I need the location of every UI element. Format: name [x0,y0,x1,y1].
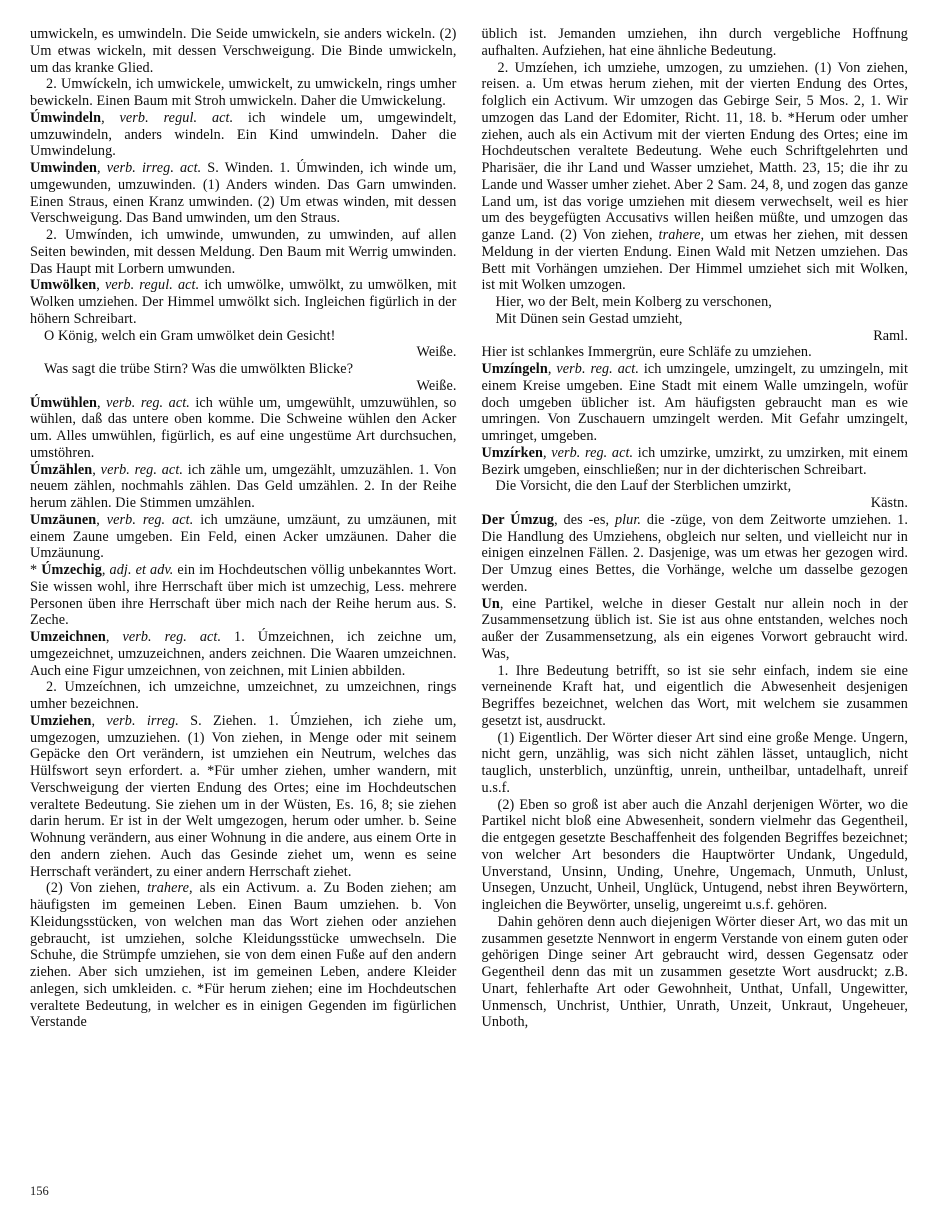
body-text: Weiße. [416,378,456,394]
text-columns: umwickeln, es umwindeln. Die Seide umwic… [30,26,908,1031]
headword: Umziehen [30,713,91,729]
body-text: * [30,562,41,578]
headword: Der Úmzug [482,512,555,528]
body-text: Kästn. [871,495,908,511]
dictionary-page: umwickeln, es umwindeln. Die Seide umwic… [30,26,908,1031]
verse-attribution: Raml. [482,328,909,345]
body-text: (2) Von ziehen, [46,880,147,896]
grammar-label: verb. reg. act. [122,629,221,645]
paragraph: umwickeln, es umwindeln. Die Seide umwic… [30,26,457,76]
paragraph: üblich ist. Jemanden umziehen, ihn durch… [482,26,909,60]
body-text: , eine Partikel, welche in dieser Gestal… [482,596,909,662]
body-text: 2. Umwínden, ich umwinde, umwunden, zu u… [30,227,457,277]
headword: Un [482,596,500,612]
body-text: , [106,629,123,645]
body-text: Dahin gehören denn auch diejenigen Wörte… [482,914,909,1031]
body-text: (1) Eigentlich. Der Wörter dieser Art si… [482,730,909,796]
body-text: 2. Umwíckeln, ich umwickele, umwickelt, … [30,76,457,109]
grammar-label: trahere, [147,880,193,896]
body-text: , [97,395,106,411]
body-text: , [543,445,551,461]
paragraph: 2. Umwíckeln, ich umwickele, umwickelt, … [30,76,457,110]
verse-line: Mit Dünen sein Gestad umzieht, [482,311,909,328]
headword: Umzäunen [30,512,96,528]
body-text: Was sagt die trübe Stirn? Was die umwölk… [44,361,353,377]
body-text: , [96,277,105,293]
headword: Umwinden [30,160,97,176]
headword: Úmwühlen [30,395,97,411]
dictionary-entry: Umwinden, verb. irreg. act. S. Winden. 1… [30,160,457,227]
paragraph: 1. Ihre Bedeutung betrifft, so ist sie s… [482,663,909,730]
grammar-label: verb. reg. act. [101,462,183,478]
page-number: 156 [30,1184,49,1199]
paragraph: (2) Eben so groß ist aber auch die Anzah… [482,797,909,914]
grammar-label: verb. regul. act. [105,277,199,293]
dictionary-entry: Umziehen, verb. irreg. S. Ziehen. 1. Úmz… [30,713,457,881]
verse-line: Hier, wo der Belt, mein Kolberg zu versc… [482,294,909,311]
body-text: Weiße. [416,344,456,360]
body-text: als ein Activum. a. Zu Boden ziehen; am … [30,880,457,1030]
verse-attribution: Weiße. [30,378,457,395]
body-text: 2. Umzeíchnen, ich umzeichne, umzeichnet… [30,679,457,712]
body-text: , [97,160,107,176]
grammar-label: verb. reg. act. [106,395,190,411]
grammar-label: trahere, [659,227,705,243]
grammar-label: adj. et adv. [110,562,174,578]
verse-attribution: Kästn. [482,495,909,512]
dictionary-entry: Umzírken, verb. reg. act. ich umzirke, u… [482,445,909,479]
dictionary-entry: Umwölken, verb. regul. act. ich umwölke,… [30,277,457,327]
body-text: Die Vorsicht, die den Lauf der Sterblich… [496,478,792,494]
paragraph: (2) Von ziehen, trahere, als ein Activum… [30,880,457,1031]
body-text: S. Ziehen. 1. Úmziehen, ich ziehe um, um… [30,713,457,880]
dictionary-entry: Umzeichnen, verb. reg. act. 1. Úmzeichne… [30,629,457,679]
dictionary-entry: Úmwindeln, verb. regul. act. ich windele… [30,110,457,160]
grammar-label: verb. reg. act. [551,445,633,461]
body-text: Hier, wo der Belt, mein Kolberg zu versc… [496,294,772,310]
verse-line: O König, welch ein Gram umwölket dein Ge… [30,328,457,345]
headword: Úmzechig [41,562,102,578]
dictionary-entry: Un, eine Partikel, welche in dieser Gest… [482,596,909,663]
dictionary-entry: Der Úmzug, des -es, plur. die -züge, von… [482,512,909,596]
dictionary-entry: Umzäunen, verb. reg. act. ich umzäune, u… [30,512,457,562]
headword: Umwölken [30,277,96,293]
body-text: , [102,562,110,578]
paragraph: 2. Umzeíchnen, ich umzeichne, umzeichnet… [30,679,457,713]
body-text: , [92,462,100,478]
body-text: umwickeln, es umwindeln. Die Seide umwic… [30,26,457,76]
headword: Umzírken [482,445,543,461]
verse-line: Was sagt die trübe Stirn? Was die umwölk… [30,361,457,378]
body-text: Raml. [873,328,908,344]
paragraph: (1) Eigentlich. Der Wörter dieser Art si… [482,730,909,797]
dictionary-entry: Úmzählen, verb. reg. act. ich zähle um, … [30,462,457,512]
headword: Umzíngeln [482,361,548,377]
grammar-label: verb. regul. act. [120,110,234,126]
body-text: , des -es, [554,512,615,528]
grammar-label: verb. irreg. [106,713,179,729]
body-text: Hier ist schlankes Immergrün, eure Schlä… [482,344,812,360]
paragraph: 2. Umzíehen, ich umziehe, umzogen, zu um… [482,60,909,295]
dictionary-entry: Úmwühlen, verb. reg. act. ich wühle um, … [30,395,457,462]
headword: Úmwindeln [30,110,101,126]
dictionary-entry: * Úmzechig, adj. et adv. ein im Hochdeut… [30,562,457,629]
verse-line: Hier ist schlankes Immergrün, eure Schlä… [482,344,909,361]
body-text: (2) Eben so groß ist aber auch die Anzah… [482,797,909,914]
grammar-label: verb. irreg. act. [107,160,202,176]
body-text: 2. Umzíehen, ich umziehe, umzogen, zu um… [482,60,909,244]
body-text: , [91,713,106,729]
grammar-label: verb. reg. act. [107,512,194,528]
column-right: üblich ist. Jemanden umziehen, ihn durch… [482,26,909,1031]
headword: Umzeichnen [30,629,106,645]
paragraph: 2. Umwínden, ich umwinde, umwunden, zu u… [30,227,457,277]
body-text: üblich ist. Jemanden umziehen, ihn durch… [482,26,909,59]
verse-line: Die Vorsicht, die den Lauf der Sterblich… [482,478,909,495]
body-text: , [96,512,107,528]
grammar-label: verb. reg. act. [556,361,639,377]
grammar-label: plur. [615,512,641,528]
headword: Úmzählen [30,462,92,478]
body-text: , [101,110,119,126]
body-text: Mit Dünen sein Gestad umzieht, [496,311,683,327]
body-text: O König, welch ein Gram umwölket dein Ge… [44,328,335,344]
verse-attribution: Weiße. [30,344,457,361]
paragraph: Dahin gehören denn auch diejenigen Wörte… [482,914,909,1031]
column-left: umwickeln, es umwindeln. Die Seide umwic… [30,26,457,1031]
body-text: 1. Ihre Bedeutung betrifft, so ist sie s… [482,663,909,729]
dictionary-entry: Umzíngeln, verb. reg. act. ich umzingele… [482,361,909,445]
